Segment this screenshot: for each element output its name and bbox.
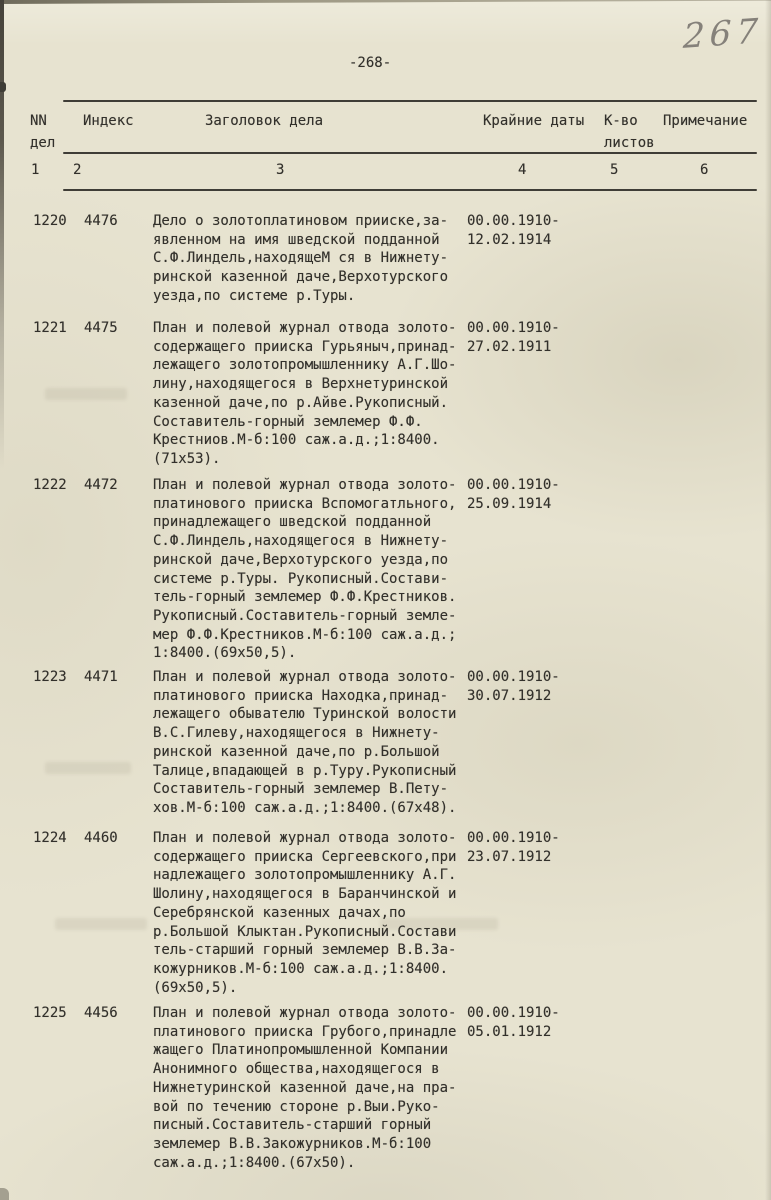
column-header-case-title: Заголовок дела <box>205 110 323 132</box>
scan-edge-right <box>765 0 771 1200</box>
column-header-sheet-count: К-во листов <box>604 110 655 154</box>
case-number: 1225 <box>33 1004 67 1023</box>
column-number-5: 5 <box>610 161 618 180</box>
case-dates: 00.00.1910- 30.07.1912 <box>467 668 571 705</box>
case-dates: 00.00.1910- 23.07.1912 <box>467 829 571 866</box>
column-number-4: 4 <box>518 161 526 180</box>
typed-page-number: -268- <box>349 54 391 73</box>
ink-bleed-spot <box>45 762 131 774</box>
case-index: 4456 <box>84 1004 118 1023</box>
column-number-6: 6 <box>700 161 708 180</box>
scan-edge-top <box>0 0 771 4</box>
case-dates: 00.00.1910- 27.02.1911 <box>467 319 571 356</box>
table-rule-top <box>63 100 757 102</box>
case-number: 1220 <box>33 212 67 231</box>
case-index: 4476 <box>84 212 118 231</box>
column-header-date-range: Крайние даты <box>483 110 584 132</box>
case-title: Дело о золотоплатиновом прииске,за- явле… <box>153 212 469 306</box>
scanned-page: 267 -268- NN дел Индекс Заголовок дела К… <box>0 0 771 1200</box>
case-number: 1221 <box>33 319 67 338</box>
case-number: 1222 <box>33 476 67 495</box>
column-header-note: Примечание <box>663 110 747 132</box>
column-number-2: 2 <box>73 161 81 180</box>
column-number-3: 3 <box>276 161 284 180</box>
case-title: План и полевой журнал отвода золото- сод… <box>153 319 469 469</box>
case-index: 4460 <box>84 829 118 848</box>
scan-edge-left <box>0 0 4 470</box>
scan-edge-notch <box>0 82 6 92</box>
table-rule-bottom <box>63 189 757 191</box>
case-title: План и полевой журнал отвода золото- сод… <box>153 829 469 997</box>
case-index: 4471 <box>84 668 118 687</box>
case-number: 1223 <box>33 668 67 687</box>
case-title: План и полевой журнал отвода золото- пла… <box>153 1004 469 1172</box>
column-header-index: Индекс <box>83 110 134 132</box>
case-index: 4472 <box>84 476 118 495</box>
handwritten-folio-number: 267 <box>682 11 763 57</box>
ink-bleed-spot <box>55 918 147 930</box>
case-number: 1224 <box>33 829 67 848</box>
case-dates: 00.00.1910- 05.01.1912 <box>467 1004 571 1041</box>
case-dates: 00.00.1910- 25.09.1914 <box>467 476 571 513</box>
case-title: План и полевой журнал отвода золото- пла… <box>153 476 469 663</box>
case-title: План и полевой журнал отвода золото- пла… <box>153 668 469 818</box>
ink-bleed-spot <box>45 388 127 400</box>
case-index: 4475 <box>84 319 118 338</box>
table-rule-mid <box>63 152 757 154</box>
scan-edge-bottom-left <box>0 1188 9 1200</box>
case-dates: 00.00.1910- 12.02.1914 <box>467 212 571 249</box>
column-number-1: 1 <box>31 161 39 180</box>
column-header-nn-del: NN дел <box>30 110 55 154</box>
